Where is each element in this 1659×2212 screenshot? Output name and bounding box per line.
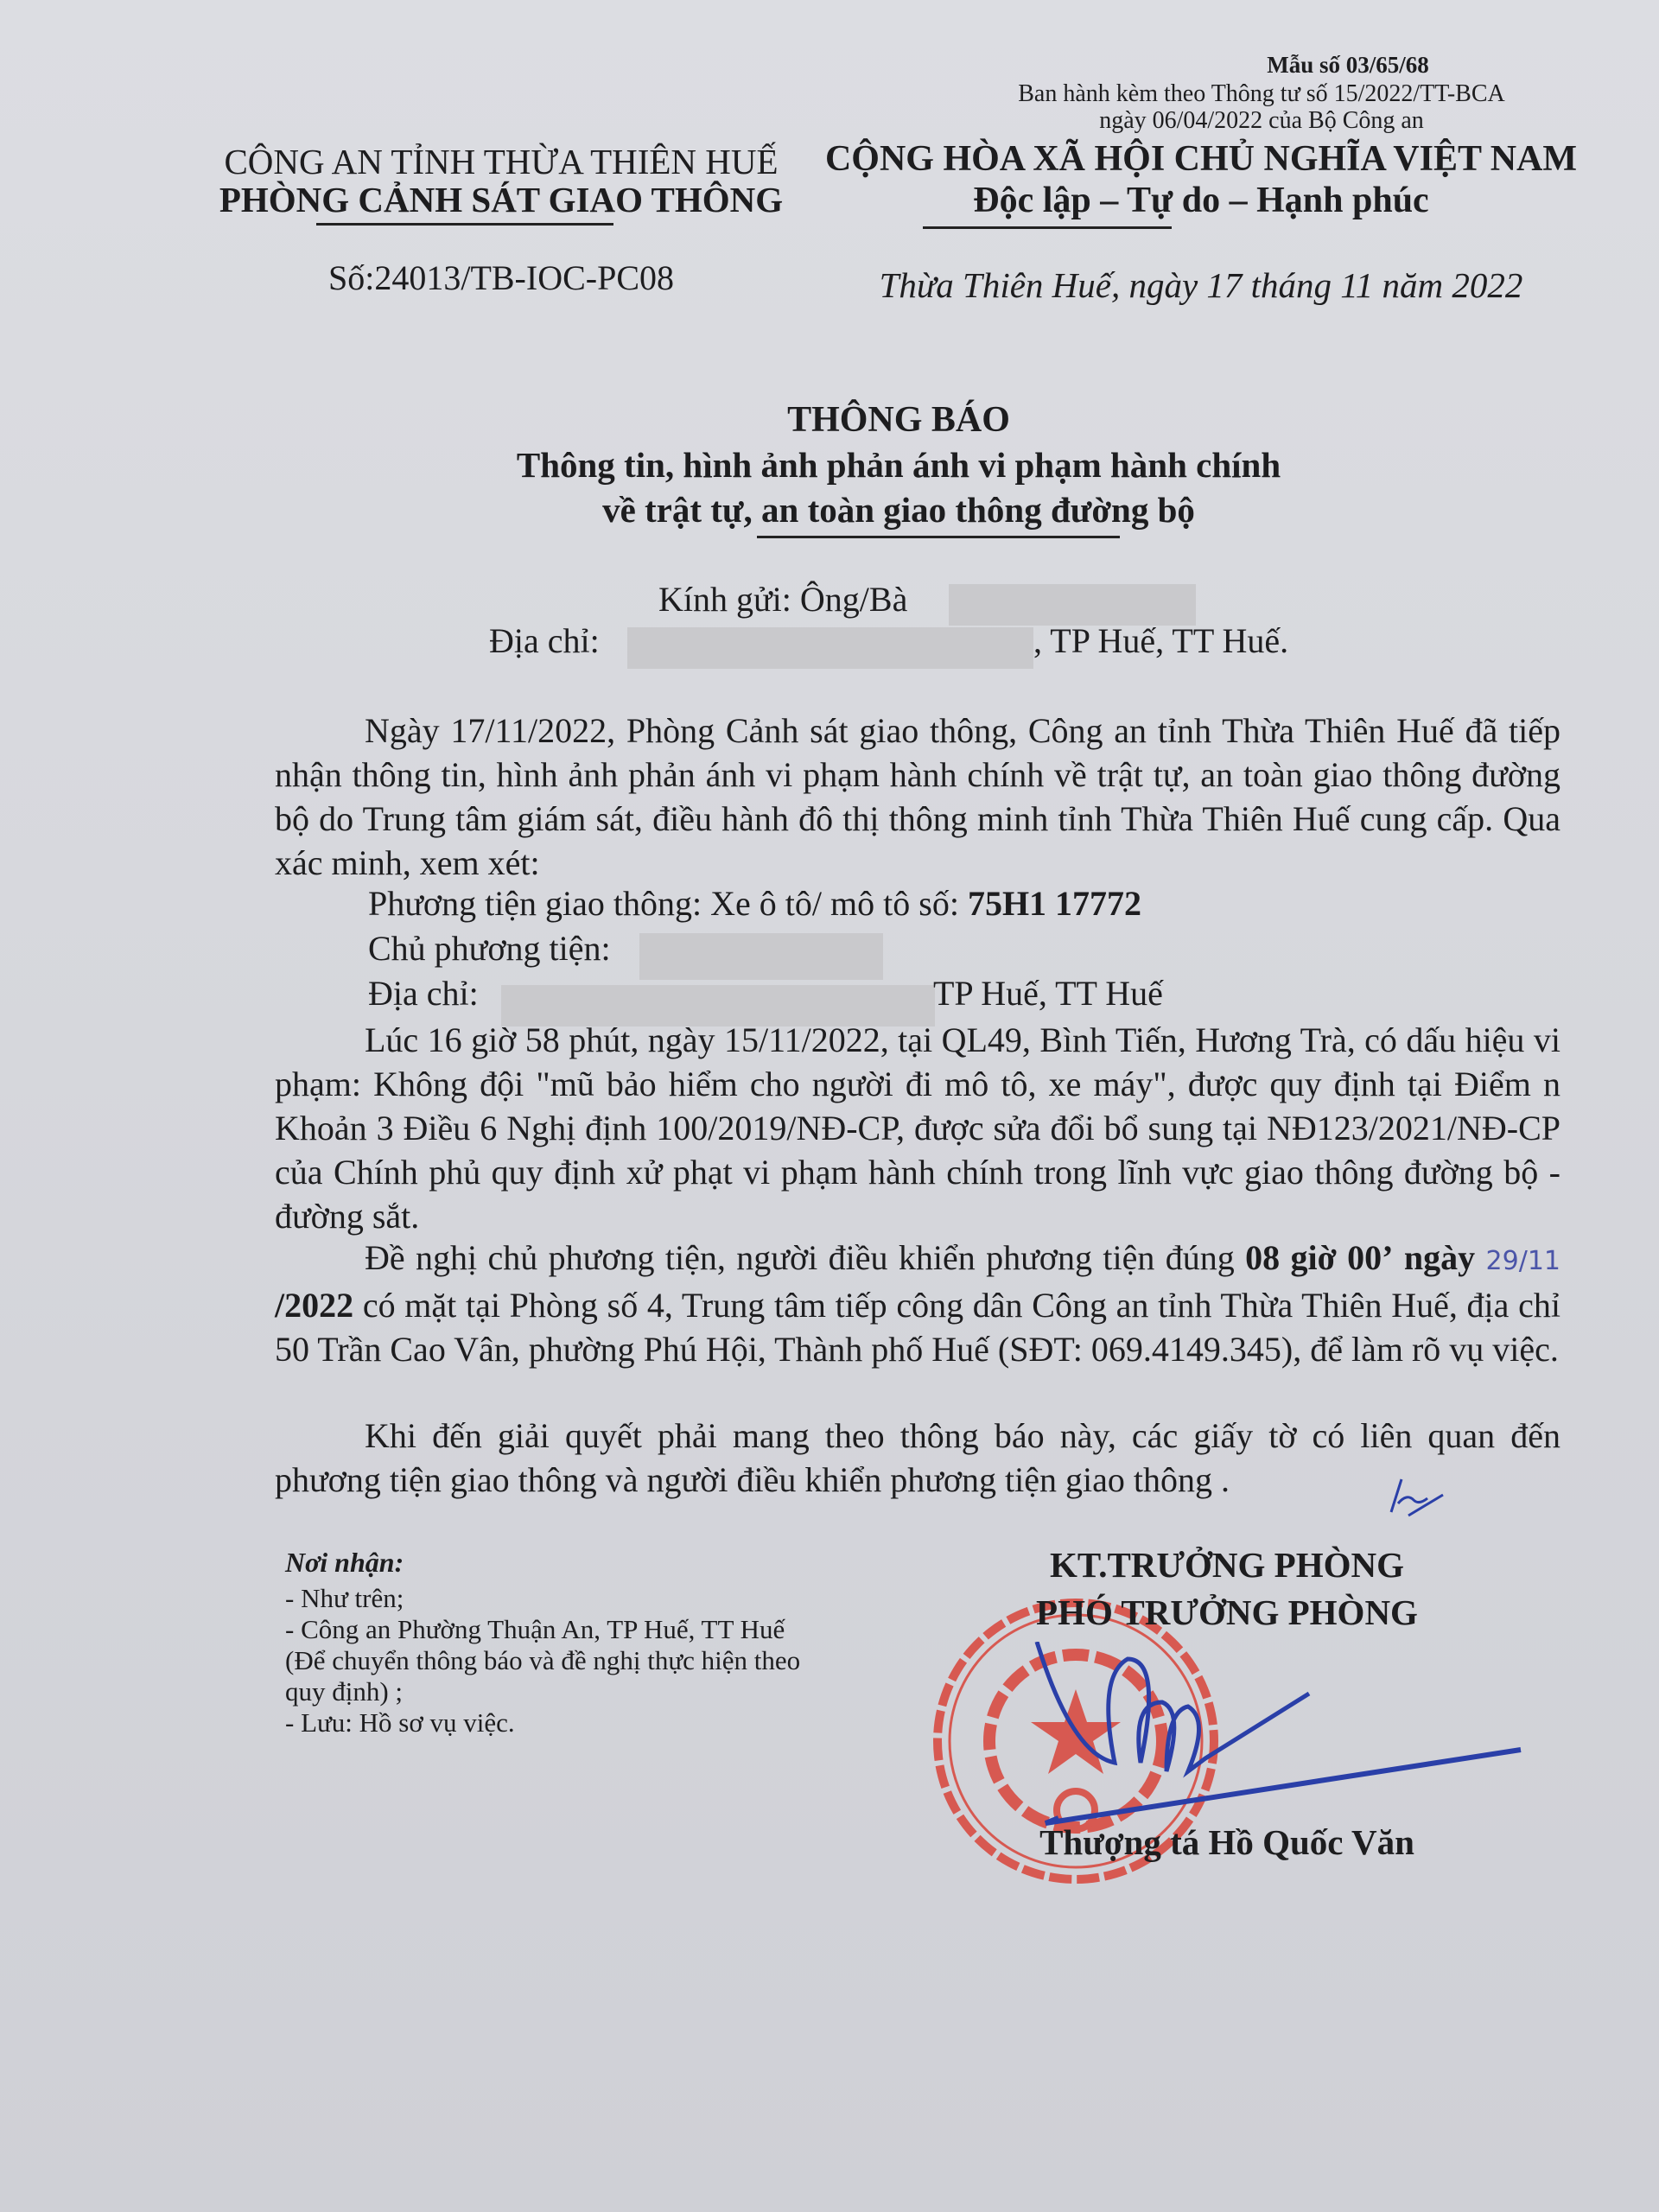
paragraph-documents: Khi đến giải quyết phải mang theo thông … — [275, 1414, 1560, 1502]
recipient-item: - Như trên; — [285, 1583, 800, 1614]
national-motto: Độc lập – Tự do – Hạnh phúc — [812, 180, 1590, 221]
recipient-item: - Công an Phường Thuận An, TP Huế, TT Hu… — [285, 1614, 800, 1645]
owner-label: Chủ phương tiện: — [368, 928, 611, 969]
appointment-time: 08 giờ 00’ — [1245, 1238, 1393, 1277]
title-underline — [757, 536, 1120, 538]
department-name: PHÒNG CẢNH SÁT GIAO THÔNG — [181, 179, 821, 220]
signature-title-2: PHÓ TRƯỞNG PHÒNG — [916, 1592, 1538, 1633]
appointment-year: /2022 — [275, 1286, 353, 1325]
agency-name: CÔNG AN TỈNH THỪA THIÊN HUẾ — [181, 141, 821, 182]
owner-address-label: Địa chỉ: — [368, 973, 479, 1014]
signer-name: Thượng tá Hồ Quốc Văn — [916, 1821, 1538, 1863]
document-subtitle-2: về trật tự, an toàn giao thông đường bộ — [467, 489, 1331, 531]
recipient-item: (Để chuyển thông báo và đề nghị thực hiệ… — [285, 1645, 800, 1676]
handwritten-day: 29 — [1486, 1246, 1519, 1276]
paragraph-violation: Lúc 16 giờ 58 phút, ngày 15/11/2022, tại… — [275, 1018, 1560, 1238]
vehicle-row: Phương tiện giao thông: Xe ô tô/ mô tô s… — [368, 883, 1141, 924]
paragraph-summons: Đề nghị chủ phương tiện, người điều khiể… — [275, 1236, 1560, 1371]
paragraph-received: Ngày 17/11/2022, Phòng Cảnh sát giao thô… — [275, 709, 1560, 885]
address-label: Địa chỉ: — [489, 620, 600, 661]
handwritten-signature — [916, 1642, 1538, 1849]
greeting-label: Kính gửi: Ông/Bà — [658, 579, 907, 620]
redacted-owner-name — [639, 933, 883, 980]
motto-underline — [923, 226, 1172, 229]
redacted-recipient-name — [949, 584, 1196, 626]
signature-title-1: KT.TRƯỞNG PHÒNG — [916, 1544, 1538, 1586]
appointment-day-label: ngày — [1404, 1238, 1475, 1277]
national-title: CỘNG HÒA XÃ HỘI CHỦ NGHĨA VIỆT NAM — [812, 138, 1590, 180]
owner-address-suffix: TP Huế, TT Huế — [933, 973, 1163, 1014]
place-date: Thừa Thiên Huế, ngày 17 tháng 11 năm 202… — [812, 264, 1590, 306]
initial-mark — [1382, 1469, 1452, 1521]
summons-location: có mặt tại Phòng số 4, Trung tâm tiếp cô… — [275, 1286, 1560, 1369]
recipient-item: - Lưu: Hồ sơ vụ việc. — [285, 1707, 800, 1738]
document-number: Số:24013/TB-IOC-PC08 — [181, 257, 821, 298]
form-issued-line2: ngày 06/04/2022 của Bộ Công an — [950, 107, 1573, 135]
vehicle-label: Phương tiện giao thông: Xe ô tô/ mô tô s… — [368, 884, 959, 923]
handwritten-month: 11 — [1528, 1246, 1560, 1276]
date-separator: / — [1519, 1246, 1528, 1276]
summons-text: Đề nghị chủ phương tiện, người điều khiể… — [365, 1238, 1245, 1277]
recipient-item: quy định) ; — [285, 1676, 800, 1707]
agency-underline — [316, 223, 613, 226]
vehicle-plate: 75H1 17772 — [968, 884, 1141, 923]
form-number: Mẫu số 03/65/68 — [1046, 52, 1650, 79]
recipients-list: - Như trên; - Công an Phường Thuận An, T… — [285, 1583, 800, 1738]
redacted-recipient-address — [627, 627, 1033, 669]
address-suffix: , TP Huế, TT Huế. — [1033, 620, 1288, 661]
recipients-heading: Nơi nhận: — [285, 1547, 404, 1579]
document-title: THÔNG BÁO — [467, 399, 1331, 441]
document-subtitle-1: Thông tin, hình ảnh phản ánh vi phạm hàn… — [467, 444, 1331, 486]
form-issued-line1: Ban hành kèm theo Thông tư số 15/2022/TT… — [950, 80, 1573, 108]
